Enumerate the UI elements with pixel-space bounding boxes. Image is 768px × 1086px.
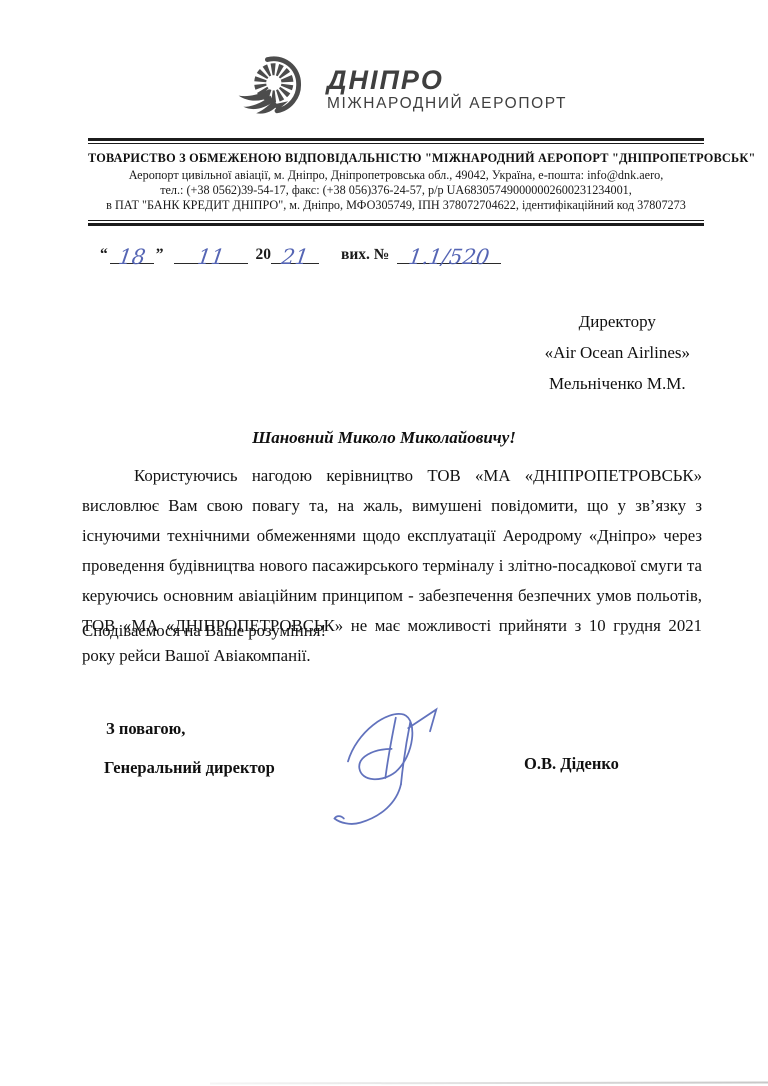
- scanned-letter-page: ДНІПРО МІЖНАРОДНИЙ АЕРОПОРТ ТОВАРИСТВО З…: [0, 0, 768, 1086]
- recipient-person: Мельніченко М.М.: [545, 368, 690, 399]
- signature-ink: [322, 697, 482, 832]
- bank-details-line: в ПАТ "БАНК КРЕДИТ ДНІПРО", м. Дніпро, М…: [88, 198, 704, 213]
- salutation: Шановний Миколо Миколайовичу!: [0, 428, 768, 448]
- scan-edge-shadow: [210, 1082, 768, 1085]
- handwritten-day: 18: [108, 245, 155, 269]
- logo-title: ДНІПРО: [327, 66, 567, 94]
- letterhead-rule-bottom-thin: [88, 220, 704, 221]
- reference-blank: 1.1/520: [397, 238, 501, 264]
- regards-text: З повагою,: [106, 719, 185, 739]
- close-quote: ”: [156, 246, 164, 264]
- handwritten-month: 11: [172, 245, 249, 269]
- closing-line: Сподіваємося на Ваше розуміння!: [82, 621, 326, 641]
- handwritten-reference: 1.1/520: [396, 245, 503, 269]
- recipient-company: «Air Ocean Airlines»: [545, 337, 690, 368]
- letterhead-logo: ДНІПРО МІЖНАРОДНИЙ АЕРОПОРТ: [0, 56, 768, 124]
- date-reference-line: “ 18 ” 11 20 21 вих. № 1.1/520: [100, 238, 501, 264]
- outgoing-number-label: вих. №: [341, 246, 389, 264]
- airport-bird-turbine-icon: [237, 56, 317, 124]
- logo-group: ДНІПРО МІЖНАРОДНИЙ АЕРОПОРТ: [237, 56, 567, 124]
- logo-text: ДНІПРО МІЖНАРОДНИЙ АЕРОПОРТ: [327, 66, 567, 114]
- letterhead-banner: ТОВАРИСТВО З ОБМЕЖЕНОЮ ВІДПОВІДАЛЬНІСТЮ …: [88, 138, 704, 226]
- company-name-line: ТОВАРИСТВО З ОБМЕЖЕНОЮ ВІДПОВІДАЛЬНІСТЮ …: [88, 150, 704, 166]
- logo-subtitle: МІЖНАРОДНИЙ АЕРОПОРТ: [327, 94, 567, 114]
- day-blank: 18: [110, 238, 154, 264]
- year-prefix: 20: [256, 246, 272, 264]
- address-line: Аеропорт цивільної авіації, м. Дніпро, Д…: [88, 168, 704, 183]
- phone-account-line: тел.: (+38 0562)39-54-17, факс: (+38 056…: [88, 183, 704, 198]
- letterhead-rule-top-thick: [88, 138, 704, 141]
- recipient-role: Директору: [545, 306, 690, 337]
- recipient-block: Директору «Air Ocean Airlines» Мельнічен…: [545, 306, 690, 399]
- handwritten-year: 21: [269, 245, 320, 269]
- letterhead-text: ТОВАРИСТВО З ОБМЕЖЕНОЮ ВІДПОВІДАЛЬНІСТЮ …: [88, 144, 704, 220]
- year-blank: 21: [271, 238, 319, 264]
- letterhead-rule-bottom-thick: [88, 223, 704, 226]
- signer-name: О.В. Діденко: [524, 754, 619, 774]
- month-blank: 11: [174, 238, 248, 264]
- open-quote: “: [100, 246, 108, 264]
- signer-position: Генеральний директор: [104, 758, 275, 778]
